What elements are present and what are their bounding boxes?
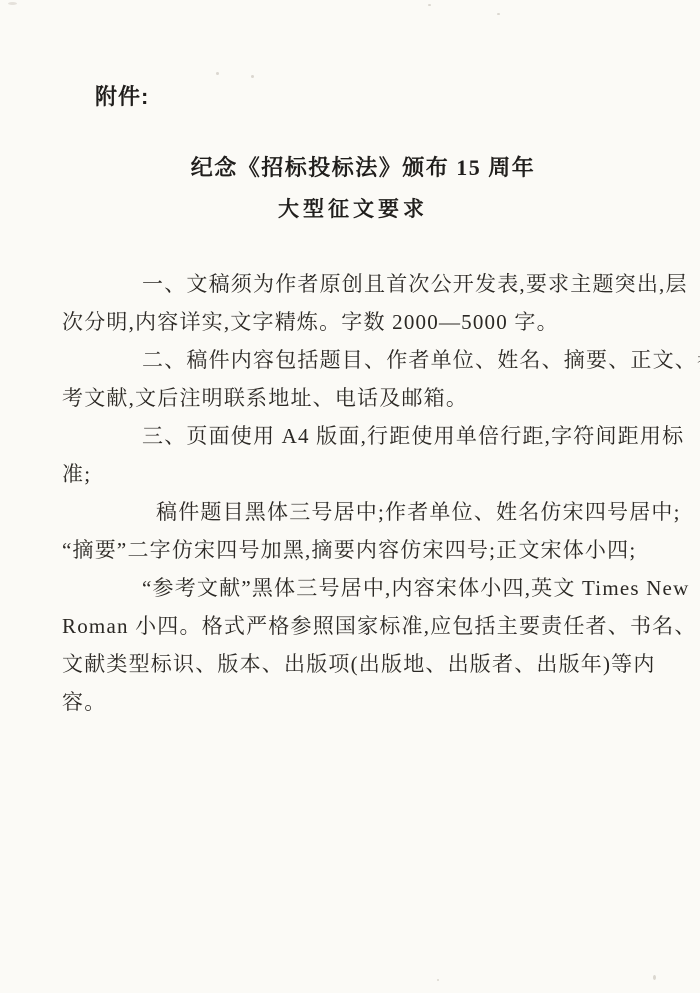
scan-speck [437,979,439,981]
scanned-document-page: 附件: 纪念《招标投标法》颁布 15 周年 大型征文要求 一、文稿须为作者原创且… [0,0,700,993]
scan-speck [251,75,254,78]
body-line: 准; [62,455,642,493]
document-body: 一、文稿须为作者原创且首次公开发表,要求主题突出,层 次分明,内容详实,文字精炼… [62,265,642,721]
scan-speck [216,72,219,75]
body-line: 三、页面使用 A4 版面,行距使用单倍行距,字符间距用标 [62,417,642,455]
body-line: 稿件题目黑体三号居中;作者单位、姓名仿宋四号居中; [62,493,642,531]
body-line: “参考文献”黑体三号居中,内容宋体小四,英文 Times New [62,569,642,607]
body-line: 次分明,内容详实,文字精炼。字数 2000—5000 字。 [62,303,642,341]
body-line: 文献类型标识、版本、出版项(出版地、出版者、出版年)等内 [62,645,642,683]
scan-speck [428,4,431,6]
document-title: 纪念《招标投标法》颁布 15 周年 [13,151,700,182]
body-line: “摘要”二字仿宋四号加黑,摘要内容仿宋四号;正文宋体小四; [62,531,642,569]
body-line: 二、稿件内容包括题目、作者单位、姓名、摘要、正文、参 [62,341,642,379]
body-line: Roman 小四。格式严格参照国家标准,应包括主要责任者、书名、 [62,607,642,645]
body-line: 一、文稿须为作者原创且首次公开发表,要求主题突出,层 [62,265,642,303]
attachment-label: 附件: [95,80,149,111]
scan-speck [497,13,500,15]
body-line: 考文献,文后注明联系地址、电话及邮箱。 [62,379,642,417]
scan-speck [653,975,656,980]
document-subtitle: 大型征文要求 [3,193,700,223]
body-line: 容。 [62,683,642,721]
scan-speck [8,2,17,5]
